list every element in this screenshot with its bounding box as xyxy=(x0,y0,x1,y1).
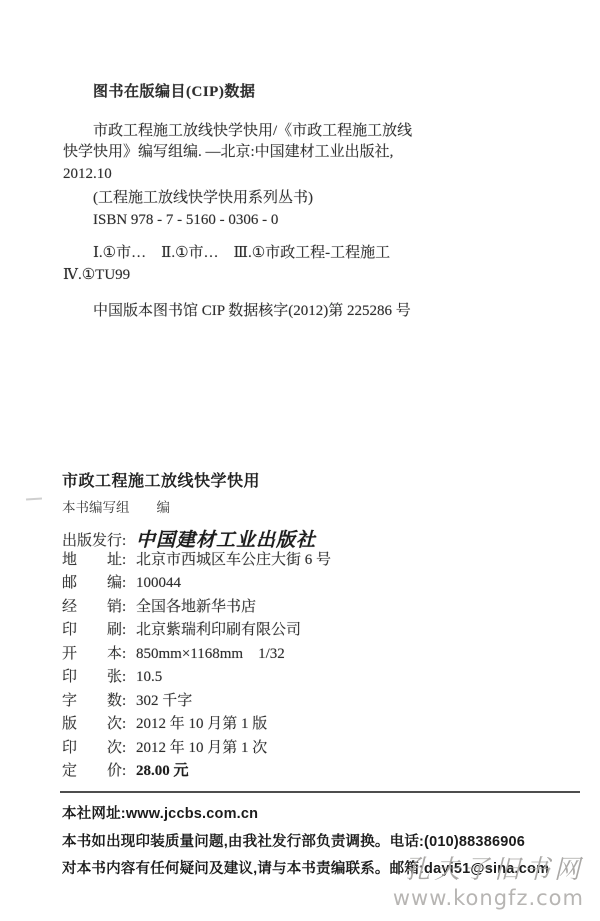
colophon-row-label: 经 销: xyxy=(62,595,136,616)
colophon-row-label: 字 数: xyxy=(62,689,136,710)
publisher-row: 出版发行: 中国建材工业出版社 xyxy=(62,524,584,548)
colophon-row-price: 定 价: 28.00 元 xyxy=(62,759,584,783)
colophon-row-label: 印 刷: xyxy=(62,618,136,639)
book-byline: 本书编写组 编 xyxy=(62,498,260,518)
colophon-row-label: 版 次: xyxy=(62,712,136,733)
colophon-row-label: 印 张: xyxy=(62,665,136,686)
colophon-row-distribution: 经 销: 全国各地新华书店 xyxy=(62,595,584,619)
colophon-row-edition: 版 次: 2012 年 10 月第 1 版 xyxy=(62,712,584,736)
footer-quality-line: 本书如出现印装质量问题,由我社发行部负责调换。电话:(010)88386906 xyxy=(62,829,590,857)
colophon-section: 出版发行: 中国建材工业出版社 地 址: 北京市西城区车公庄大街 6 号 邮 编… xyxy=(62,524,584,783)
title-block: 市政工程施工放线快学快用 本书编写组 编 xyxy=(62,472,260,518)
colophon-row-postcode: 邮 编: 100044 xyxy=(62,571,584,595)
book-title: 市政工程施工放线快学快用 xyxy=(62,472,260,492)
colophon-row-sheets: 印 张: 10.5 xyxy=(62,665,584,689)
colophon-row-value: 北京紫瑞利印刷有限公司 xyxy=(136,618,301,639)
colophon-row-label: 印 次: xyxy=(62,736,136,757)
colophon-row-wordcount: 字 数: 302 千字 xyxy=(62,689,584,713)
cip-series-note: (工程施工放线快学快用系列丛书) xyxy=(63,188,584,210)
colophon-row-label: 邮 编: xyxy=(62,571,136,592)
cip-classification-line: Ⅳ.①TU99 xyxy=(63,265,584,287)
cip-heading: 图书在版编目(CIP)数据 xyxy=(63,82,584,104)
cip-section: 图书在版编目(CIP)数据 市政工程施工放线快学快用/《市政工程施工放线 快学快… xyxy=(63,82,584,323)
footer-divider-line xyxy=(60,791,580,793)
colophon-row-format: 开 本: 850mm×1168mm 1/32 xyxy=(62,642,584,666)
colophon-row-label: 地 址: xyxy=(62,548,136,569)
colophon-row-value: 全国各地新华书店 xyxy=(136,595,256,616)
colophon-row-value: 10.5 xyxy=(136,669,162,686)
colophon-row-value: 28.00 元 xyxy=(136,759,189,780)
publisher-name: 中国建材工业出版社 xyxy=(136,525,316,552)
colophon-row-value: 850mm×1168mm 1/32 xyxy=(136,642,285,663)
cip-record-number: 中国版本图书馆 CIP 数据核字(2012)第 225286 号 xyxy=(63,301,584,323)
cip-entry: 市政工程施工放线快学快用/《市政工程施工放线 快学快用》编写组编. —北京:中国… xyxy=(63,121,584,186)
cip-entry-line: 2012.10 xyxy=(63,164,584,186)
footer-notes: 本社网址:www.jccbs.com.cn 本书如出现印装质量问题,由我社发行部… xyxy=(62,801,590,884)
colophon-row-value: 2012 年 10 月第 1 次 xyxy=(136,736,267,757)
book-copyright-page: 图书在版编目(CIP)数据 市政工程施工放线快学快用/《市政工程施工放线 快学快… xyxy=(0,0,600,921)
footer-contact-line: 对本书内容有任何疑问及建议,请与本书责编联系。邮箱:dayi51@sina.co… xyxy=(62,856,590,884)
colophon-row-printer: 印 刷: 北京紫瑞利印刷有限公司 xyxy=(62,618,584,642)
cip-classification-line: Ⅰ.①市… Ⅱ.①市… Ⅲ.①市政工程-工程施工 xyxy=(63,243,584,265)
cip-entry-line: 市政工程施工放线快学快用/《市政工程施工放线 xyxy=(63,121,584,143)
colophon-row-value: 2012 年 10 月第 1 版 xyxy=(136,712,267,733)
cip-classification: Ⅰ.①市… Ⅱ.①市… Ⅲ.①市政工程-工程施工 Ⅳ.①TU99 xyxy=(63,243,584,286)
cip-entry-line: 快学快用》编写组编. —北京:中国建材工业出版社, xyxy=(63,142,584,164)
footer-website-line: 本社网址:www.jccbs.com.cn xyxy=(62,801,590,829)
colophon-row-value: 302 千字 xyxy=(136,689,192,710)
scan-artifact-mark xyxy=(26,497,42,500)
colophon-row-printing: 印 次: 2012 年 10 月第 1 次 xyxy=(62,736,584,760)
cip-isbn: ISBN 978 - 7 - 5160 - 0306 - 0 xyxy=(63,210,584,232)
colophon-row-label: 开 本: xyxy=(62,642,136,663)
colophon-row-value: 100044 xyxy=(136,575,181,592)
watermark-site-url: www.kongfz.com xyxy=(393,886,584,910)
colophon-row-label: 定 价: xyxy=(62,759,136,780)
